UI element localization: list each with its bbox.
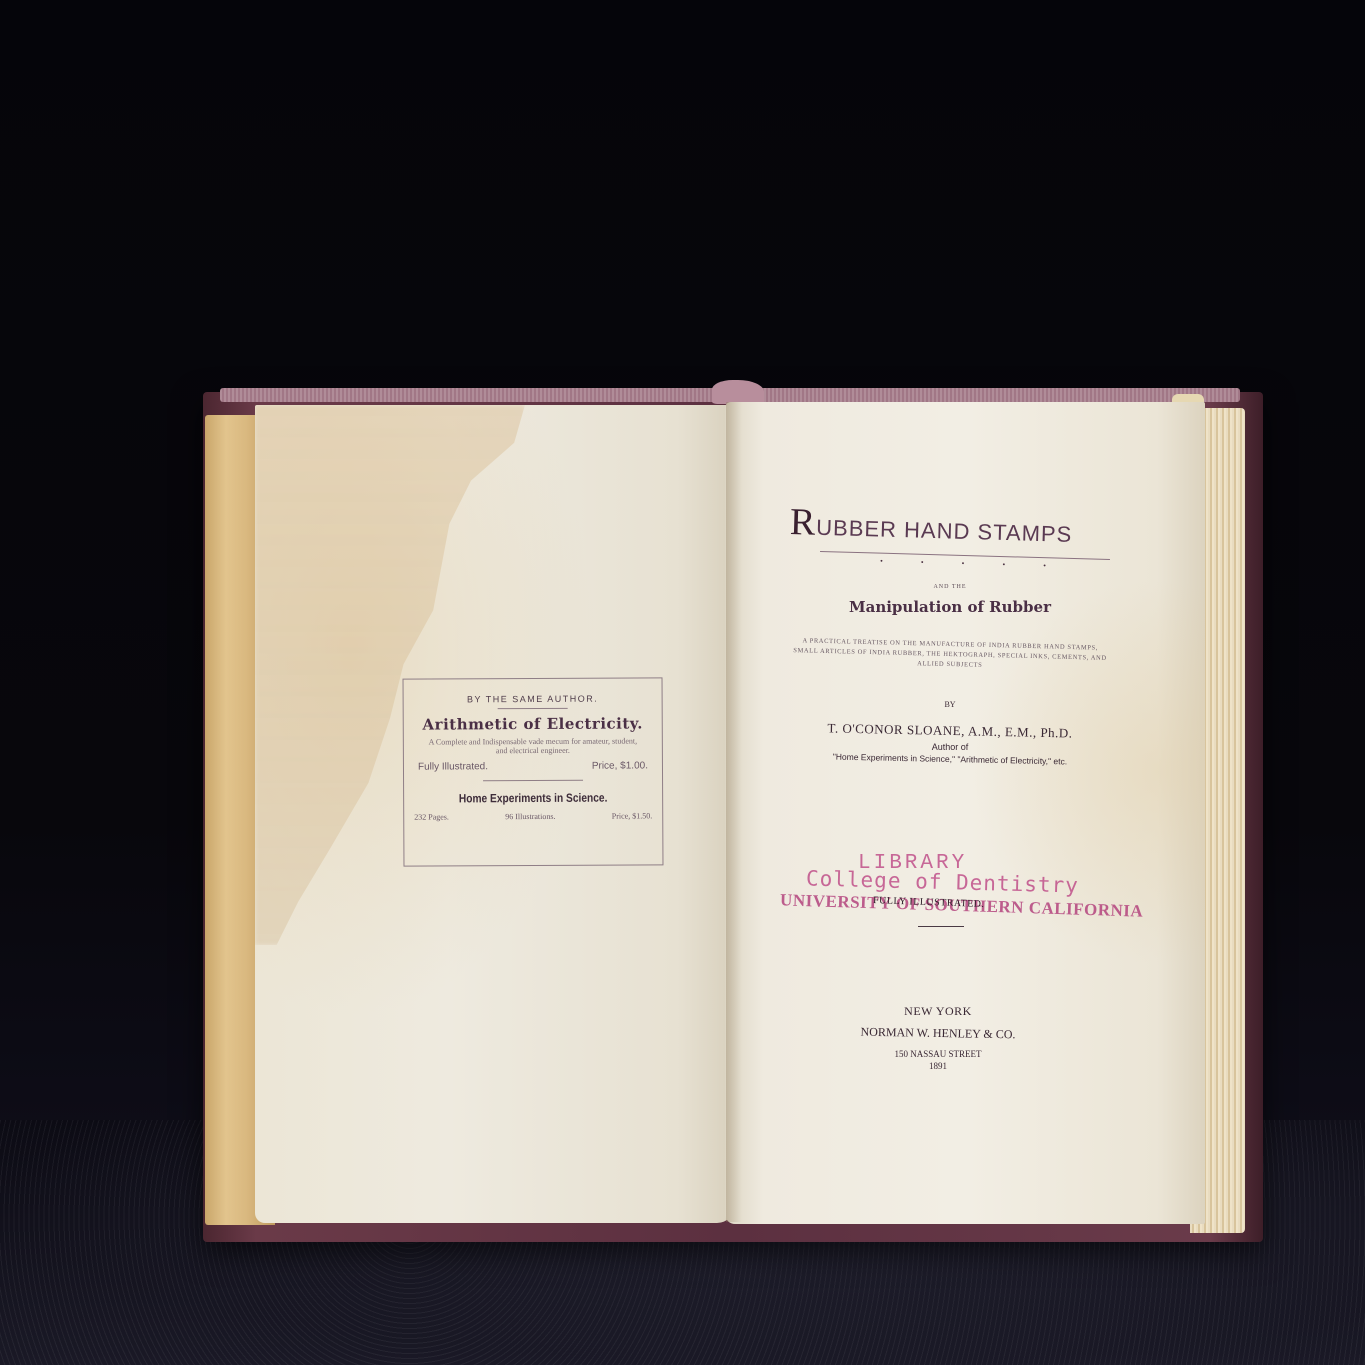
book-title: RUBBER HAND STAMPS	[789, 500, 1110, 553]
ad-book1-title: Arithmetic of Electricity.	[404, 714, 662, 733]
ad-book1-description: A Complete and Indispensable vade mecum …	[428, 736, 638, 755]
ad-book1-price: Price, $1.00.	[592, 760, 648, 771]
title-ornament: • • • • •	[880, 556, 1064, 570]
imprint-year: 1891	[838, 1061, 1038, 1071]
author-of-label: Author of	[790, 742, 1110, 752]
book-subtitle: Manipulation of Rubber	[790, 598, 1110, 616]
ad-book2-price: Price, $1.50.	[612, 811, 652, 820]
fully-illustrated-rule	[918, 926, 964, 927]
ad-rule-2	[483, 780, 583, 782]
imprint-street: 150 NASSAU STREET	[838, 1049, 1038, 1059]
ad-book2-illustrations: 96 Illustrations.	[505, 812, 555, 821]
ad-book2-pages: 232 Pages.	[414, 812, 449, 821]
and-the: AND THE	[790, 584, 1110, 590]
ad-book1-note: Fully Illustrated.	[418, 761, 488, 772]
advertisement-box: BY THE SAME AUTHOR. Arithmetic of Electr…	[403, 677, 664, 866]
treatise-description: A PRACTICAL TREATISE ON THE MANUFACTURE …	[790, 636, 1111, 674]
imprint: NEW YORK NORMAN W. HENLEY & CO. 150 NASS…	[838, 1004, 1038, 1071]
imprint-publisher: NORMAN W. HENLEY & CO.	[838, 1024, 1038, 1042]
ad-rule	[498, 708, 568, 709]
imprint-city: NEW YORK	[838, 1004, 1038, 1019]
by-label: BY	[790, 700, 1110, 709]
book-gutter	[726, 402, 742, 1222]
title-initial: R	[789, 501, 817, 544]
ad-kicker: BY THE SAME AUTHOR.	[404, 693, 662, 704]
title-rest: UBBER HAND STAMPS	[816, 515, 1073, 547]
ad-book2-row: 232 Pages. 96 Illustrations. Price, $1.5…	[404, 811, 662, 821]
title-page: RUBBER HAND STAMPS • • • • • AND THE Man…	[790, 500, 1110, 764]
ad-book1-row: Fully Illustrated. Price, $1.00.	[404, 760, 662, 772]
ad-book2-title: Home Experiments in Science.	[423, 790, 642, 805]
torn-spine	[712, 380, 764, 404]
author-name: T. O'CONOR SLOANE, A.M., E.M., Ph.D.	[790, 720, 1110, 743]
